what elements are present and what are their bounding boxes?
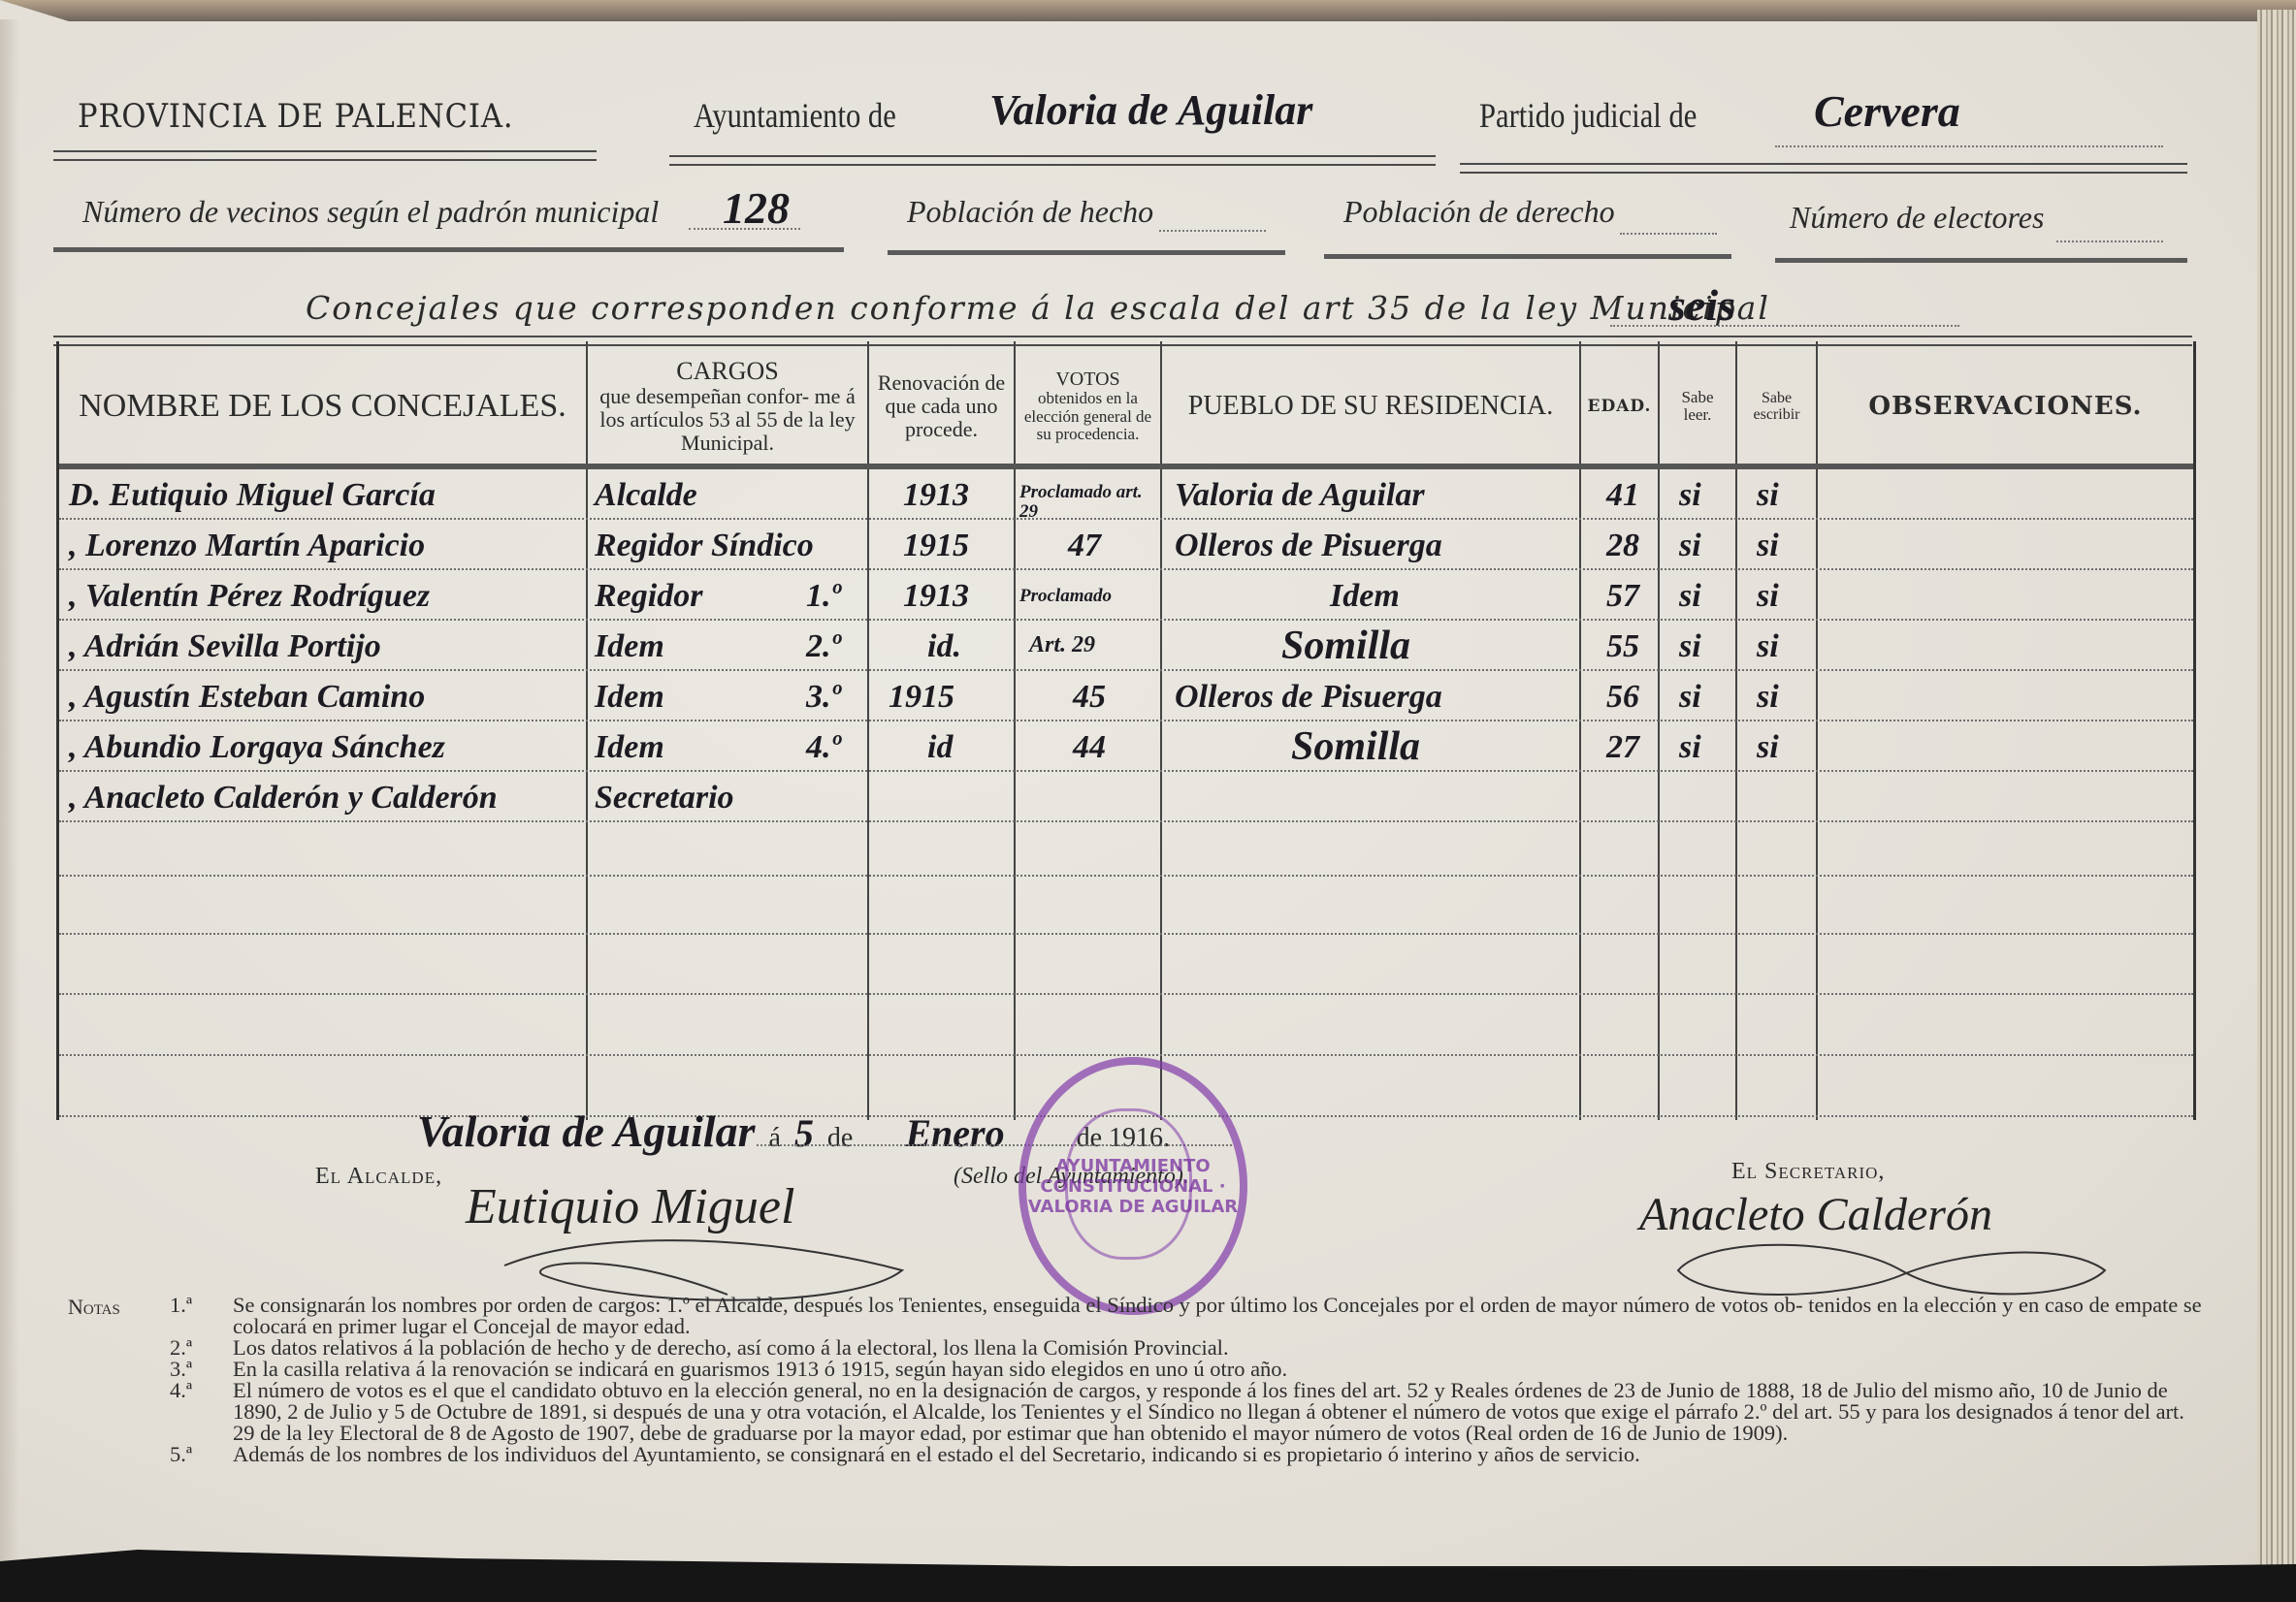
cell-cargo[interactable]: Regidor	[595, 578, 702, 615]
cell-edad[interactable]: 55	[1606, 628, 1639, 665]
cell-cargo[interactable]: Alcalde	[595, 477, 697, 514]
cell-pueblo[interactable]: Valoria de Aguilar	[1175, 477, 1425, 514]
note-number: 2.ª	[170, 1337, 192, 1359]
cell-leer[interactable]: si	[1679, 729, 1701, 766]
poblacion-hecho-label: Población de hecho	[907, 194, 1153, 230]
date-a: á	[768, 1123, 780, 1154]
cell-edad[interactable]: 28	[1606, 528, 1639, 564]
row-line	[59, 720, 2193, 721]
dotted-fill	[2056, 240, 2163, 242]
note-text: Se consignarán los nombres por orden de …	[233, 1293, 2202, 1338]
note-number: 4.ª	[170, 1380, 192, 1401]
cell-nombre[interactable]: , Agustín Esteban Camino	[69, 679, 425, 716]
vecinos-label: Número de vecinos según el padrón munici…	[82, 194, 659, 230]
col-header-votos-title: VOTOS	[1055, 369, 1119, 391]
document-page: PROVINCIA DE PALENCIA. Ayuntamiento de V…	[0, 0, 2275, 1566]
cell-pueblo[interactable]: Somilla	[1281, 623, 1410, 669]
concejales-value[interactable]: seis	[1668, 279, 1735, 331]
cell-orden[interactable]: 3.º	[806, 679, 841, 716]
col-header-pueblo-text: PUEBLO DE SU RESIDENCIA.	[1188, 392, 1553, 421]
divider	[669, 155, 1436, 166]
cell-pueblo[interactable]: Olleros de Pisuerga	[1175, 679, 1442, 716]
cell-cargo[interactable]: Idem	[595, 729, 664, 766]
secretario-label: El Secretario,	[1731, 1159, 1885, 1185]
divider	[1775, 258, 2187, 263]
electores-label: Número de electores	[1790, 200, 2044, 236]
col-header-pueblo: PUEBLO DE SU RESIDENCIA.	[1162, 349, 1579, 464]
col-header-sabe-escribir-text: Sabe escribir	[1741, 390, 1812, 424]
col-header-observaciones-text: OBSERVACIONES.	[1868, 393, 2142, 420]
cell-cargo[interactable]: Idem	[595, 628, 664, 665]
row-line	[59, 933, 2193, 935]
col-header-renovacion: Renovación de que cada uno procede.	[869, 349, 1014, 464]
cell-cargo[interactable]: Regidor Síndico	[595, 528, 814, 564]
col-header-votos-sub: obtenidos en la elección general de su p…	[1020, 390, 1155, 443]
cell-escribir[interactable]: si	[1757, 628, 1779, 665]
col-header-cargos: CARGOS que desempeñan confor- me á los a…	[588, 349, 867, 464]
alcalde-label: El Alcalde,	[315, 1164, 442, 1190]
cell-leer[interactable]: si	[1679, 679, 1701, 716]
row-line	[59, 820, 2193, 822]
col-header-observaciones: OBSERVACIONES.	[1818, 349, 2193, 464]
dotted-fill	[1620, 233, 1717, 235]
divider	[53, 150, 597, 161]
cell-leer[interactable]: si	[1679, 528, 1701, 564]
cell-leer[interactable]: si	[1679, 628, 1701, 665]
note-item: 2.ª Los datos relativos á la población d…	[68, 1337, 2202, 1359]
note-item: 4.ª El número de votos es el que el cand…	[68, 1380, 2202, 1444]
note-text: Además de los nombres de los individuos …	[233, 1442, 1640, 1466]
row-line	[59, 669, 2193, 671]
cell-votos[interactable]: 45	[1073, 679, 1106, 716]
col-header-cargos-title: CARGOS	[676, 358, 778, 385]
book-top-edge	[0, 0, 2296, 21]
cell-leer[interactable]: si	[1679, 578, 1701, 615]
cell-renovacion[interactable]: 1913	[903, 477, 969, 514]
poblacion-derecho-label: Población de derecho	[1343, 194, 1615, 230]
vecinos-value[interactable]: 128	[723, 182, 790, 234]
cell-pueblo[interactable]: Somilla	[1291, 723, 1420, 770]
cell-edad[interactable]: 27	[1606, 729, 1639, 766]
cell-nombre[interactable]: , Adrián Sevilla Portijo	[69, 628, 381, 665]
cell-votos[interactable]: Art. 29	[1029, 632, 1095, 658]
book-page-stack-edge	[2257, 10, 2296, 1581]
page-shadow	[0, 19, 19, 1571]
cell-renovacion[interactable]: 1915	[889, 679, 954, 716]
cell-votos[interactable]: 44	[1073, 729, 1106, 766]
cell-orden[interactable]: 1.º	[806, 578, 841, 615]
cell-cargo[interactable]: Idem	[595, 679, 664, 716]
col-header-edad: EDAD.	[1581, 349, 1658, 464]
date-month[interactable]: Enero	[905, 1110, 1004, 1156]
col-header-sabe-leer: Sabe leer.	[1660, 349, 1735, 464]
cell-renovacion[interactable]: 1915	[903, 528, 969, 564]
cell-nombre[interactable]: , Valentín Pérez Rodríguez	[69, 578, 430, 615]
provincia-title: PROVINCIA DE PALENCIA.	[78, 97, 514, 136]
date-de: de	[827, 1123, 853, 1154]
cell-orden[interactable]: 2.º	[806, 628, 841, 665]
cell-edad[interactable]: 41	[1606, 477, 1639, 514]
col-header-sabe-leer-text: Sabe leer.	[1667, 389, 1728, 425]
header-divider	[59, 464, 2193, 469]
note-item: 1.ª Se consignarán los nombres por orden…	[68, 1295, 2202, 1337]
date-place[interactable]: Valoria de Aguilar	[417, 1105, 755, 1157]
cell-nombre[interactable]: , Lorenzo Martín Aparicio	[69, 528, 425, 564]
note-item: 5.ª Además de los nombres de los individ…	[68, 1444, 2202, 1465]
row-line	[59, 1054, 2193, 1056]
row-line	[59, 993, 2193, 995]
cell-leer[interactable]: si	[1679, 477, 1701, 514]
partido-value[interactable]: Cervera	[1814, 85, 1960, 137]
cell-pueblo[interactable]: Olleros de Pisuerga	[1175, 528, 1442, 564]
col-header-nombre-text: NOMBRE DE LOS CONCEJALES.	[79, 389, 566, 425]
cell-votos[interactable]: Proclamado	[1019, 586, 1112, 607]
cell-nombre[interactable]: , Anacleto Calderón y Calderón	[69, 780, 498, 817]
col-header-sabe-escribir: Sabe escribir	[1737, 349, 1816, 464]
cell-escribir[interactable]: si	[1757, 729, 1779, 766]
cell-escribir[interactable]: si	[1757, 679, 1779, 716]
notes-section: Notas 1.ª Se consignarán los nombres por…	[68, 1295, 2202, 1465]
col-header-renovacion-text: Renovación de que cada uno procede.	[875, 371, 1008, 440]
cell-renovacion[interactable]: 1913	[903, 578, 969, 615]
col-header-votos: VOTOS obtenidos en la elección general d…	[1016, 349, 1160, 464]
cell-nombre[interactable]: , Abundio Lorgaya Sánchez	[69, 729, 445, 766]
dotted-fill	[689, 228, 800, 230]
divider	[53, 247, 844, 252]
cell-pueblo[interactable]: Idem	[1330, 578, 1400, 615]
municipal-stamp: AYUNTAMIENTO CONSTITUCIONAL · VALORIA DE…	[1019, 1057, 1247, 1315]
cell-escribir[interactable]: si	[1757, 477, 1779, 514]
row-line	[59, 619, 2193, 621]
row-line	[59, 875, 2193, 877]
cell-escribir[interactable]: si	[1757, 528, 1779, 564]
note-number: 1.ª	[170, 1295, 192, 1316]
partido-label: Partido judicial de	[1479, 95, 1697, 136]
cell-renovacion[interactable]: id	[927, 729, 953, 766]
row-line	[59, 770, 2193, 772]
cell-escribir[interactable]: si	[1757, 578, 1779, 615]
ayuntamiento-label: Ayuntamiento de	[694, 95, 896, 136]
dotted-fill	[1610, 325, 1959, 327]
cell-votos[interactable]: Proclamado art. 29	[1019, 483, 1160, 522]
cell-edad[interactable]: 57	[1606, 578, 1639, 615]
cell-orden[interactable]: 4.º	[806, 729, 841, 766]
ayuntamiento-value[interactable]: Valoria de Aguilar	[989, 85, 1312, 135]
dotted-fill	[1159, 230, 1266, 232]
cell-cargo[interactable]: Secretario	[595, 780, 734, 817]
cell-nombre[interactable]: D. Eutiquio Miguel García	[69, 477, 436, 514]
concejales-table: NOMBRE DE LOS CONCEJALES. CARGOS que des…	[56, 341, 2196, 1120]
col-header-cargos-sub: que desempeñan confor- me á los artículo…	[588, 385, 867, 454]
concejales-label: Concejales que corresponden conforme á l…	[306, 289, 1770, 327]
stamp-text: AYUNTAMIENTO CONSTITUCIONAL · VALORIA DE…	[1026, 1065, 1240, 1307]
note-item: 3.ª En la casilla relativa á la renovaci…	[68, 1359, 2202, 1380]
col-header-nombre: NOMBRE DE LOS CONCEJALES.	[59, 349, 586, 464]
cell-votos[interactable]: 47	[1068, 528, 1101, 564]
cell-edad[interactable]: 56	[1606, 679, 1639, 716]
cell-renovacion[interactable]: id.	[927, 628, 961, 665]
col-header-edad-text: EDAD.	[1588, 398, 1652, 415]
divider	[888, 250, 1285, 255]
date-day[interactable]: 5	[794, 1110, 814, 1156]
divider	[1460, 163, 2187, 174]
row-line	[59, 568, 2193, 570]
note-text: El número de votos es el que el candidat…	[233, 1378, 2184, 1445]
divider	[1324, 254, 1731, 259]
note-number: 5.ª	[170, 1444, 192, 1465]
note-number: 3.ª	[170, 1359, 192, 1380]
dotted-fill	[1775, 145, 2163, 147]
